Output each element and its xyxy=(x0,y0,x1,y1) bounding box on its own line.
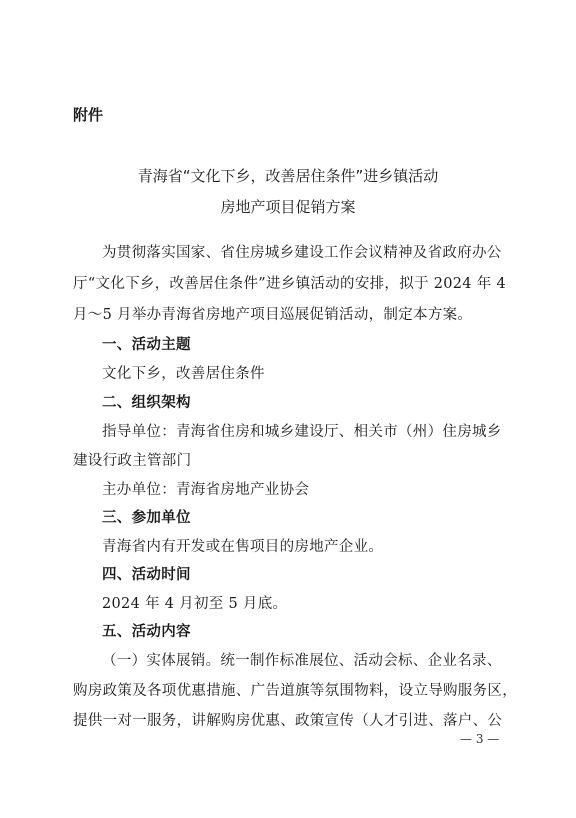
intro-line: 为贯彻落实国家、省住房城乡建设工作会议精神及省政府办公 xyxy=(102,241,540,262)
section-body: 提供一对一服务，讲解购房优惠、政策宣传（人才引进、落户、公 xyxy=(73,709,511,730)
section-body: 指导单位：青海省住房和城乡建设厅、相关市（州）住房城乡 xyxy=(102,420,540,441)
document-title-line2: 房地产项目促销方案 xyxy=(0,196,576,217)
document-title-line1: 青海省“文化下乡，改善居住条件”进乡镇活动 xyxy=(0,165,576,186)
section-body: 青海省内有开发或在售项目的房地产企业。 xyxy=(102,535,540,556)
section-heading: 三、参加单位 xyxy=(102,506,540,527)
section-heading: 四、活动时间 xyxy=(102,563,540,584)
intro-line: 厅“文化下乡，改善居住条件”进乡镇活动的安排，拟于 2024 年 4 xyxy=(73,272,511,293)
intro-line: 月～5 月举办青海省房地产项目巡展促销活动，制定本方案。 xyxy=(73,303,511,324)
section-heading: 一、活动主题 xyxy=(102,333,540,354)
section-body: 建设行政主管部门 xyxy=(73,449,511,470)
section-body: 文化下乡，改善居住条件 xyxy=(102,362,540,383)
section-body: 购房政策及各项优惠措施、广告道旗等氛围物料，设立导购服务区， xyxy=(73,679,511,700)
section-heading: 二、组织架构 xyxy=(102,391,540,412)
section-body: 2024 年 4 月初至 5 月底。 xyxy=(102,592,540,613)
attachment-label: 附件 xyxy=(73,104,103,125)
page-number: — 3 — xyxy=(460,732,499,746)
section-body: （一）实体展销。统一制作标准展位、活动会标、企业名录、 xyxy=(102,649,540,670)
section-body: 主办单位：青海省房地产业协会 xyxy=(102,478,540,499)
section-heading: 五、活动内容 xyxy=(102,620,540,641)
document-page: 附件 青海省“文化下乡，改善居住条件”进乡镇活动 房地产项目促销方案 为贯彻落实… xyxy=(0,0,576,818)
